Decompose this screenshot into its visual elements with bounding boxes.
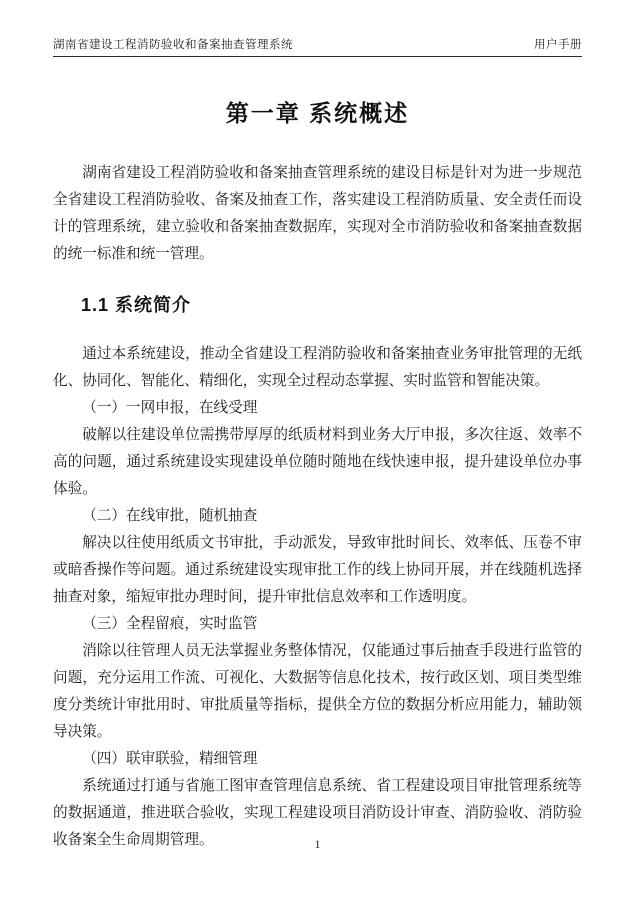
header-manual-label: 用户手册 (534, 36, 582, 52)
feature-3-body: 消除以往管理人员无法掌握业务整体情况，仅能通过事后抽查手段进行监管的问题，充分运… (53, 638, 582, 746)
feature-2-body: 解决以往使用纸质文书审批，手动派发，导致审批时间长、效率低、压卷不审或暗香操作等… (53, 530, 582, 611)
feature-2-heading: （二）在线审批，随机抽查 (53, 503, 582, 530)
feature-3-heading: （三）全程留痕，实时监管 (53, 611, 582, 638)
feature-1-body: 破解以往建设单位需携带厚厚的纸质材料到业务大厅申报，多次往返、效率不高的问题，通… (53, 422, 582, 503)
chapter-title: 第一章 系统概述 (53, 95, 582, 128)
document-content: 湖南省建设工程消防验收和备案抽查管理系统的建设目标是针对为进一步规范全省建设工程… (53, 160, 582, 854)
intro-paragraph: 湖南省建设工程消防验收和备案抽查管理系统的建设目标是针对为进一步规范全省建设工程… (53, 160, 582, 268)
page-header: 湖南省建设工程消防验收和备案抽查管理系统 用户手册 (53, 0, 582, 57)
feature-4-heading: （四）联审联验，精细管理 (53, 746, 582, 773)
overview-paragraph: 通过本系统建设，推动全省建设工程消防验收和备案抽查业务审批管理的无纸化、协同化、… (53, 341, 582, 395)
section-heading: 1.1 系统简介 (81, 292, 582, 319)
feature-1-heading: （一）一网申报，在线受理 (53, 395, 582, 422)
document-page: 湖南省建设工程消防验收和备案抽查管理系统 用户手册 第一章 系统概述 湖南省建设… (0, 0, 635, 898)
header-system-title: 湖南省建设工程消防验收和备案抽查管理系统 (53, 36, 293, 52)
page-number: 1 (0, 837, 635, 852)
